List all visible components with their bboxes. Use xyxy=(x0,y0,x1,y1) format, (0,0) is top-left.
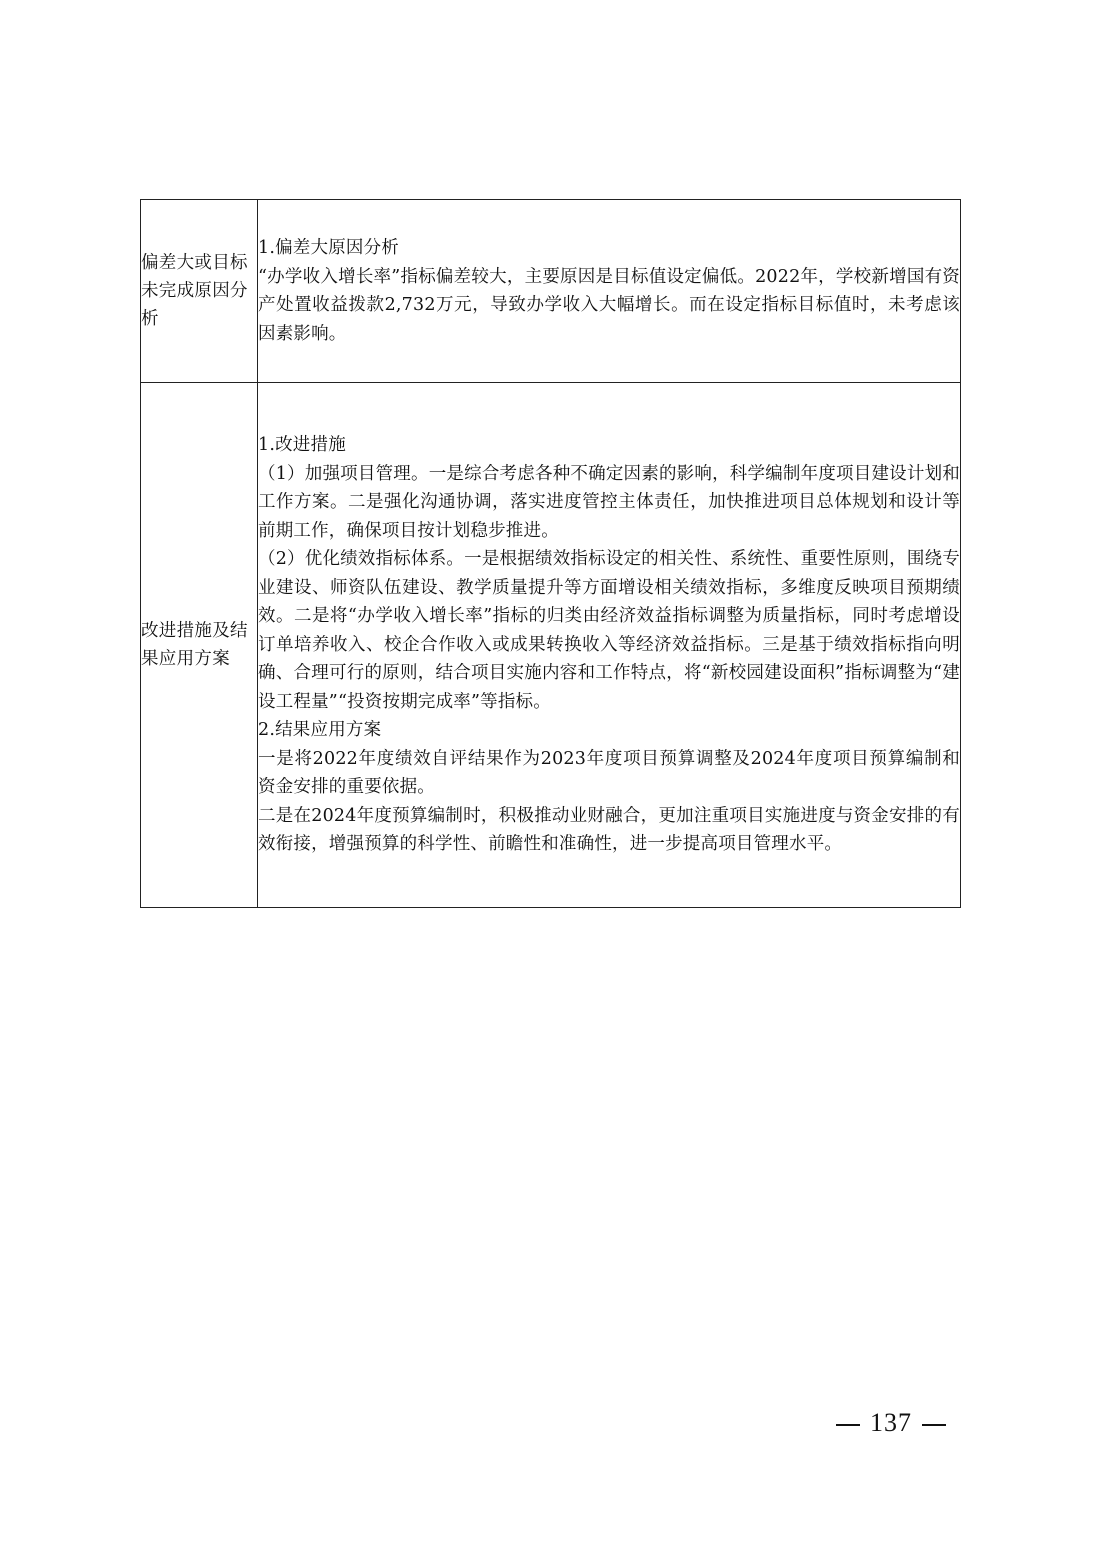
table-row-deviation-analysis: 偏差大或目标未完成原因分析 1.偏差大原因分析 “办学收入增长率”指标偏差较大，… xyxy=(141,200,961,383)
section-heading: 1.偏差大原因分析 xyxy=(258,234,960,263)
paragraph: （1）加强项目管理。一是综合考虑各种不确定因素的影响，科学编制年度项目建设计划和… xyxy=(258,460,960,546)
dash-decoration xyxy=(836,1424,860,1426)
row-label: 偏差大或目标未完成原因分析 xyxy=(141,200,258,383)
paragraph: 二是在2024年度预算编制时，积极推动业财融合，更加注重项目实施进度与资金安排的… xyxy=(258,802,960,859)
table-row-improvement-measures: 改进措施及结果应用方案 1.改进措施 （1）加强项目管理。一是综合考虑各种不确定… xyxy=(141,383,961,908)
section-heading: 2.结果应用方案 xyxy=(258,716,960,745)
performance-analysis-table: 偏差大或目标未完成原因分析 1.偏差大原因分析 “办学收入增长率”指标偏差较大，… xyxy=(140,199,961,908)
page-number: 137 xyxy=(826,1408,956,1438)
paragraph: （2）优化绩效指标体系。一是根据绩效指标设定的相关性、系统性、重要性原则，围绕专… xyxy=(258,545,960,716)
row-content: 1.偏差大原因分析 “办学收入增长率”指标偏差较大，主要原因是目标值设定偏低。2… xyxy=(258,200,961,383)
page-number-text: 137 xyxy=(870,1408,912,1437)
dash-decoration xyxy=(922,1424,946,1426)
section-heading: 1.改进措施 xyxy=(258,431,960,460)
paragraph: 一是将2022年度绩效自评结果作为2023年度项目预算调整及2024年度项目预算… xyxy=(258,745,960,802)
row-label: 改进措施及结果应用方案 xyxy=(141,383,258,908)
paragraph: “办学收入增长率”指标偏差较大，主要原因是目标值设定偏低。2022年，学校新增国… xyxy=(258,263,960,349)
row-content: 1.改进措施 （1）加强项目管理。一是综合考虑各种不确定因素的影响，科学编制年度… xyxy=(258,383,961,908)
